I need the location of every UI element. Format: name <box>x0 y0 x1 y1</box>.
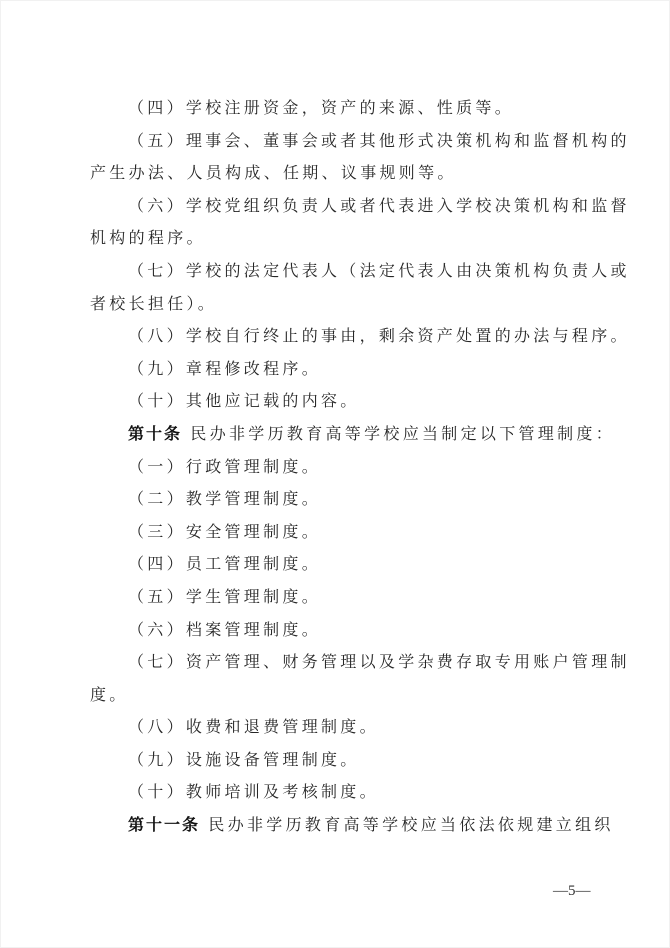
article-heading-line: 第十条 民办非学历教育高等学校应当制定以下管理制度： <box>90 418 593 451</box>
line-text: （八）收费和退费管理制度。 <box>128 717 379 736</box>
line-text: （六）档案管理制度。 <box>128 620 321 639</box>
line-text: 机构的程序。 <box>90 228 206 247</box>
document-page: （四）学校注册资金，资产的来源、性质等。 （五）理事会、董事会或者其他形式决策机… <box>0 0 670 948</box>
line-text: （五）学生管理制度。 <box>128 587 321 606</box>
line-text: 度。 <box>90 685 129 704</box>
line-text: （三）安全管理制度。 <box>128 522 321 541</box>
line-text: （二）教学管理制度。 <box>128 489 321 508</box>
paragraph-line: （二）教学管理制度。 <box>90 483 593 516</box>
paragraph-line: 者校长担任）。 <box>90 288 593 321</box>
paragraph-line: （三）安全管理制度。 <box>90 516 593 549</box>
line-text: （七）学校的法定代表人（法定代表人由决策机构负责人或 <box>128 261 630 280</box>
paragraph-line: （一）行政管理制度。 <box>90 451 593 484</box>
paragraph-line: （五）学生管理制度。 <box>90 581 593 614</box>
line-text: （八）学校自行终止的事由，剩余资产处置的办法与程序。 <box>128 326 630 345</box>
line-text: （六）学校党组织负责人或者代表进入学校决策机构和监督 <box>128 196 630 215</box>
paragraph-line: （七）资产管理、财务管理以及学杂费存取专用账户管理制 <box>90 646 593 679</box>
paragraph-line: 产生办法、人员构成、任期、议事规则等。 <box>90 157 593 190</box>
line-text: （四）员工管理制度。 <box>128 554 321 573</box>
line-text: （五）理事会、董事会或者其他形式决策机构和监督机构的 <box>128 131 630 150</box>
paragraph-line: （五）理事会、董事会或者其他形式决策机构和监督机构的 <box>90 125 593 158</box>
paragraph-line: 机构的程序。 <box>90 222 593 255</box>
paragraph-line: （六）学校党组织负责人或者代表进入学校决策机构和监督 <box>90 190 593 223</box>
line-text: 者校长担任）。 <box>90 294 217 313</box>
paragraph-line: （四）员工管理制度。 <box>90 548 593 581</box>
line-text: （七）资产管理、财务管理以及学杂费存取专用账户管理制 <box>128 652 630 671</box>
paragraph-line: （八）收费和退费管理制度。 <box>90 711 593 744</box>
article-number: 第十条 <box>128 424 182 443</box>
document-body: （四）学校注册资金，资产的来源、性质等。 （五）理事会、董事会或者其他形式决策机… <box>90 92 593 842</box>
line-text: （四）学校注册资金，资产的来源、性质等。 <box>128 98 514 117</box>
paragraph-line: （十）其他应记载的内容。 <box>90 385 593 418</box>
line-text: （十）其他应记载的内容。 <box>128 391 360 410</box>
paragraph-line: （八）学校自行终止的事由，剩余资产处置的办法与程序。 <box>90 320 593 353</box>
article-number: 第十一条 <box>128 815 200 834</box>
line-text: （九）章程修改程序。 <box>128 359 321 378</box>
line-text: （十）教师培训及考核制度。 <box>128 782 379 801</box>
line-text: 产生办法、人员构成、任期、议事规则等。 <box>90 163 457 182</box>
paragraph-line: （九）设施设备管理制度。 <box>90 744 593 777</box>
paragraph-line: （十）教师培训及考核制度。 <box>90 776 593 809</box>
line-text: 民办非学历教育高等学校应当依法依规建立组织 <box>208 815 613 834</box>
page-number: —5— <box>553 881 591 901</box>
article-heading-line: 第十一条 民办非学历教育高等学校应当依法依规建立组织 <box>90 809 593 842</box>
paragraph-line: 度。 <box>90 679 593 712</box>
line-text: （一）行政管理制度。 <box>128 457 321 476</box>
paragraph-line: （九）章程修改程序。 <box>90 353 593 386</box>
paragraph-line: （四）学校注册资金，资产的来源、性质等。 <box>90 92 593 125</box>
line-text: 民办非学历教育高等学校应当制定以下管理制度： <box>190 424 615 443</box>
paragraph-line: （七）学校的法定代表人（法定代表人由决策机构负责人或 <box>90 255 593 288</box>
line-text: （九）设施设备管理制度。 <box>128 750 360 769</box>
paragraph-line: （六）档案管理制度。 <box>90 614 593 647</box>
